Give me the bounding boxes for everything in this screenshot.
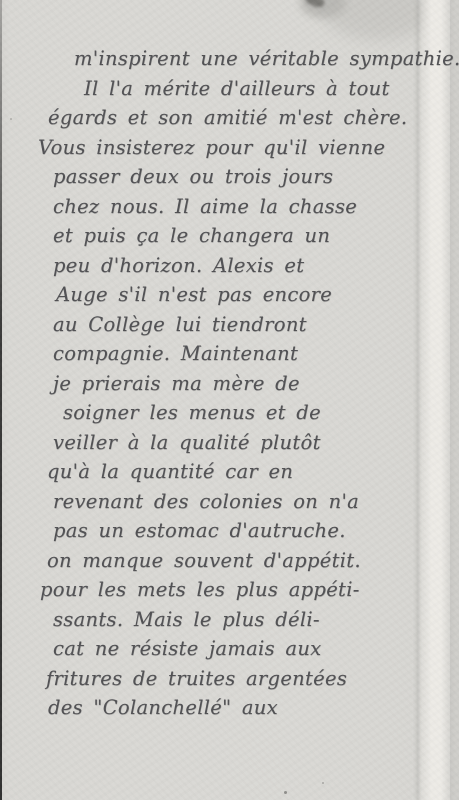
handwritten-line: on manque souvent d'appétit. [47,546,459,576]
handwritten-line: cat ne résiste jamais aux [53,634,459,664]
handwritten-line: je prierais ma mère de [53,369,459,399]
handwritten-line: m'inspirent une véritable sympathie. [74,44,459,74]
letter-body: m'inspirent une véritable sympathie.Il l… [0,0,459,800]
scanned-letter-page: m'inspirent une véritable sympathie.Il l… [0,0,459,800]
handwritten-line: revenant des colonies on n'a [53,487,459,517]
handwritten-line: compagnie. Maintenant [53,339,459,369]
handwritten-line: des "Colanchellé" aux [48,693,459,723]
handwritten-line: ssants. Mais le plus déli- [53,605,459,635]
handwritten-line: soigner les menus et de [63,398,459,428]
handwritten-line: Il l'a mérite d'ailleurs à tout [84,74,459,104]
handwritten-line: peu d'horizon. Alexis et [53,251,459,281]
handwritten-line: fritures de truites argentées [46,664,459,694]
handwritten-line: passer deux ou trois jours [53,162,459,192]
handwritten-line: et puis ça le changera un [53,221,459,251]
handwritten-line: chez nous. Il aime la chasse [53,192,459,222]
handwritten-line: au Collège lui tiendront [53,310,459,340]
handwritten-line: qu'à la quantité car en [47,457,459,487]
handwritten-line: Auge s'il n'est pas encore [56,280,459,310]
handwritten-line: égards et son amitié m'est chère. [48,103,459,133]
handwritten-line: Vous insisterez pour qu'il vienne [38,133,459,163]
handwritten-line: pas un estomac d'autruche. [53,516,459,546]
handwritten-line: veiller à la qualité plutôt [53,428,459,458]
handwritten-line: pour les mets les plus appéti- [40,575,459,605]
